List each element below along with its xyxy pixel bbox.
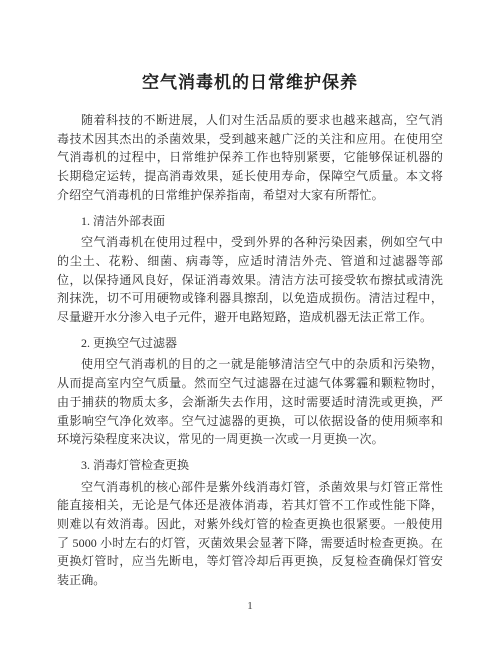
document-content: 空气消毒机的日常维护保养 随着科技的不断进展，人们对生活品质的要求也越来越高，空… [0, 0, 500, 590]
intro-paragraph: 随着科技的不断进展，人们对生活品质的要求也越来越高，空气消毒技术因其杰出的杀菌效… [57, 111, 443, 205]
document-page: 空气消毒机的日常维护保养 随着科技的不断进展，人们对生活品质的要求也越来越高，空… [0, 0, 500, 647]
section-3-paragraph: 空气消毒机的核心部件是紫外线消毒灯管，杀菌效果与灯管正常性能直接相关，无论是气体… [57, 478, 443, 590]
section-1-paragraph: 空气消毒机在使用过程中，受到外界的各种污染因素，例如空气中的尘土、花粉、细菌、病… [57, 233, 443, 327]
section-1-heading: 1. 清洁外部表面 [57, 212, 443, 231]
section-2-paragraph: 使用空气消毒机的目的之一就是能够清洁空气中的杂质和污染物，从而提高室内空气质量。… [57, 355, 443, 449]
page-number: 1 [0, 600, 500, 613]
section-2-heading: 2. 更换空气过滤器 [57, 334, 443, 353]
document-title: 空气消毒机的日常维护保养 [57, 70, 443, 96]
section-3-heading: 3. 消毒灯管检查更换 [57, 456, 443, 475]
